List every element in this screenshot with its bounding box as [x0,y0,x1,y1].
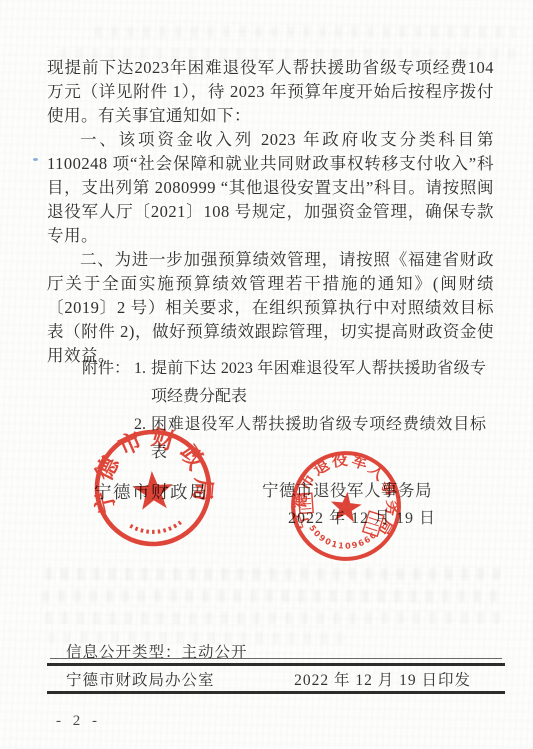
issuing-office: 宁德市财政局办公室 [66,668,215,690]
bleed-through-artifact [42,590,504,602]
paragraph-item-2: 二、为进一步加强预算绩效管理，请按照《福建省财政厅关于全面实施预算绩效管理若干措… [47,248,494,368]
right-signature-org: 宁德市退役军人事务局 [262,477,432,501]
seal-bottom-marks [130,522,181,533]
paragraph-intro: 现提前下达2023年困难退役军人帮扶援助省级专项经费104万元（详见附件 1），… [47,56,494,128]
paragraph-item-1: 一、该项资金收入列 2023 年政府收支分类科目第 1100248 项“社会保障… [47,128,494,248]
left-signature-org: 宁德市财政局 [94,479,208,504]
bleed-through-artifact [95,26,515,38]
page-number: - 2 - [56,713,101,730]
attachment-title: 提前下达 2023 年困难退役军人帮扶援助省级专项经费分配表 [151,355,486,411]
footer-divider-top [47,663,505,666]
bleed-through-artifact [45,568,500,580]
footer-divider-thin [50,658,502,659]
document-page: 现提前下达2023年困难退役军人帮扶援助省级专项经费104万元（详见附件 1），… [0,0,533,749]
right-signature-date: 2022 年 12 月 19 日 [288,505,436,528]
bleed-through-artifact [45,612,503,624]
footer-issuer-row: 宁德市财政局办公室 2022 年 12 月 19 日印发 [66,668,471,690]
print-date: 2022 年 12 月 19 日印发 [294,668,471,690]
scan-speck-artifact [33,158,38,161]
attachment-number: 1. [134,355,146,383]
document-body: 现提前下达2023年困难退役军人帮扶援助省级专项经费104万元（详见附件 1），… [47,56,494,368]
attachments-label: 附件： [82,355,130,383]
footer-divider-bottom [47,691,505,694]
attachment-item: 1. 提前下达 2023 年困难退役军人帮扶援助省级专项经费分配表 [134,355,486,411]
